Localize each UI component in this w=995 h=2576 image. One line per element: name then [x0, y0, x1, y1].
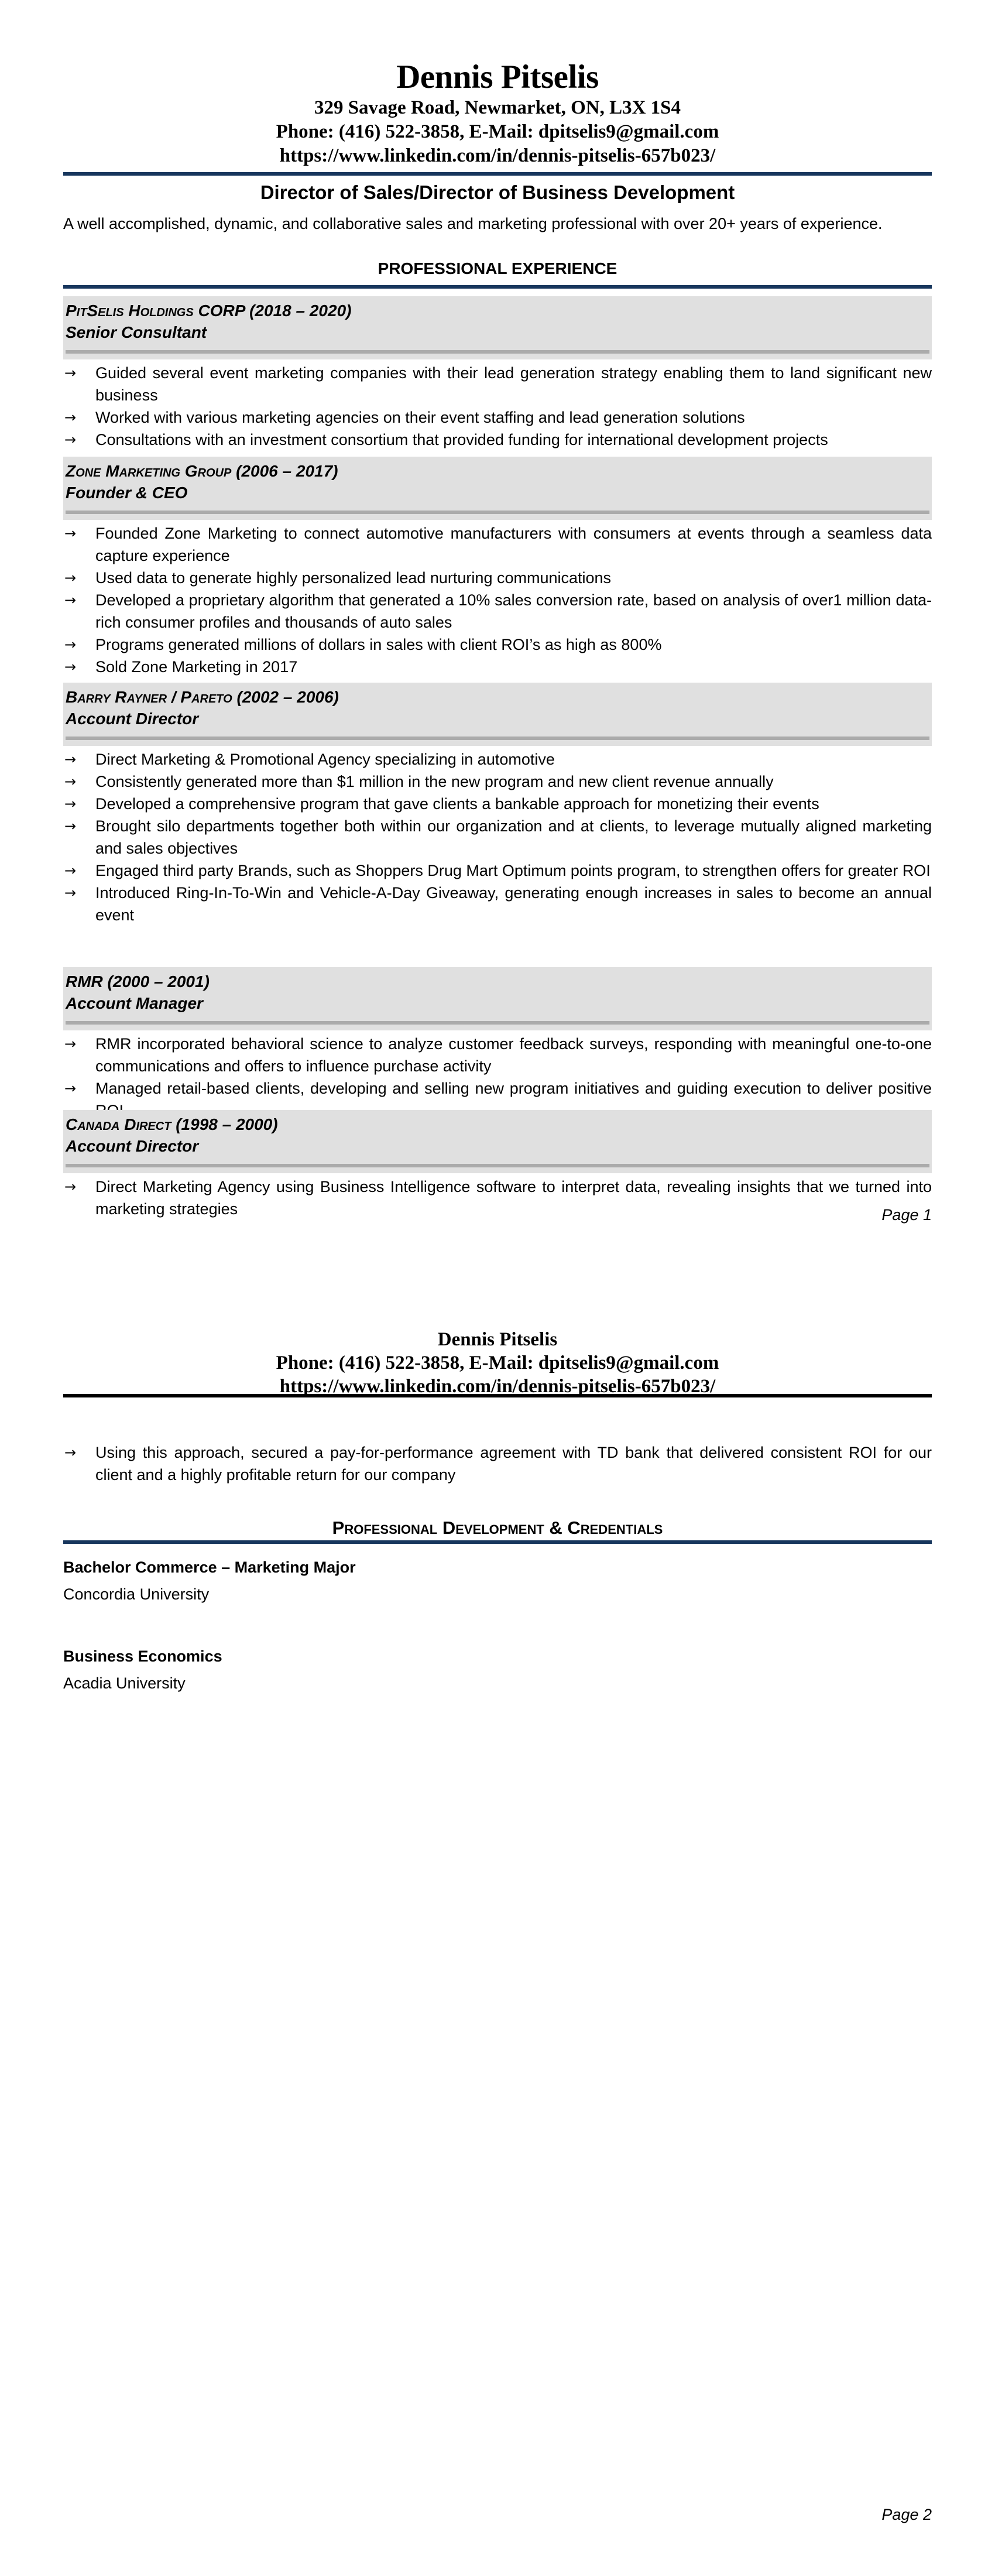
list-item: →Guided several event marketing companie…: [63, 362, 932, 406]
list-item: →Direct Marketing & Promotional Agency s…: [63, 748, 932, 770]
candidate-name: Dennis Pitselis: [0, 1328, 995, 1351]
headline: Director of Sales/Director of Business D…: [0, 181, 995, 204]
arrow-right-icon: →: [64, 589, 76, 611]
list-item: →Developed a comprehensive program that …: [63, 793, 932, 815]
job-header: RMR (2000 – 2001) Account Manager: [63, 967, 932, 1030]
arrow-right-icon: →: [64, 770, 76, 793]
list-item: →Worked with various marketing agencies …: [63, 406, 932, 429]
job-company: Zone Marketing Group: [66, 462, 231, 480]
job-header: Zone Marketing Group (2006 – 2017) Found…: [63, 457, 932, 520]
list-item: →Consultations with an investment consor…: [63, 429, 932, 451]
summary: A well accomplished, dynamic, and collab…: [63, 214, 935, 234]
job-role: Senior Consultant: [66, 321, 929, 343]
job-role: Account Manager: [66, 992, 929, 1014]
candidate-name: Dennis Pitselis: [0, 59, 995, 96]
list-item: →Programs generated millions of dollars …: [63, 633, 932, 656]
job-years: (2018 – 2020): [249, 302, 351, 320]
credential-entry: Bachelor Commerce – Marketing Major Conc…: [63, 1557, 932, 1604]
arrow-right-icon: →: [64, 429, 76, 451]
job-role: Founder & CEO: [66, 482, 929, 503]
job-entry: Barry Rayner / Pareto (2002 – 2006) Acco…: [63, 683, 932, 926]
arrow-right-icon: →: [64, 1077, 76, 1099]
job-years: (2002 – 2006): [237, 688, 339, 706]
job-bullets: →Direct Marketing Agency using Business …: [63, 1176, 932, 1220]
resume-page-1: Dennis Pitselis 329 Savage Road, Newmark…: [0, 0, 995, 1288]
list-item: →Using this approach, secured a pay-for-…: [63, 1441, 932, 1486]
arrow-right-icon: →: [64, 1176, 76, 1198]
job-entry: RMR (2000 – 2001) Account Manager →RMR i…: [63, 967, 932, 1122]
arrow-right-icon: →: [64, 882, 76, 904]
list-item: →Brought silo departments together both …: [63, 815, 932, 859]
job-entry: PitSelis Holdings CORP (2018 – 2020) Sen…: [63, 296, 932, 451]
credential-entry: Business Economics Acadia University: [63, 1646, 932, 1693]
job-bullets: →Guided several event marketing companie…: [63, 362, 932, 451]
job-entry: Canada Direct (1998 – 2000) Account Dire…: [63, 1110, 932, 1220]
credential-degree: Bachelor Commerce – Marketing Major: [63, 1557, 932, 1577]
job-role: Account Director: [66, 1135, 929, 1157]
job-years: (2000 – 2001): [108, 972, 210, 991]
job-company-line: RMR (2000 – 2001): [66, 971, 929, 992]
section-divider-experience: [63, 285, 932, 289]
contact-info: Phone: (416) 522-3858, E-Mail: dpitselis…: [0, 120, 995, 144]
list-item: →Used data to generate highly personaliz…: [63, 567, 932, 589]
list-item: →Engaged third party Brands, such as Sho…: [63, 859, 932, 882]
list-item: →Sold Zone Marketing in 2017: [63, 656, 932, 678]
section-title-credentials: Professional Development & Credentials: [0, 1517, 995, 1539]
list-item: →Consistently generated more than $1 mil…: [63, 770, 932, 793]
page-number: Page 1: [881, 1206, 932, 1224]
credential-school: Acadia University: [63, 1673, 932, 1693]
job-header: PitSelis Holdings CORP (2018 – 2020) Sen…: [63, 296, 932, 359]
job-company-line: Barry Rayner / Pareto (2002 – 2006): [66, 686, 929, 708]
section-title-experience: PROFESSIONAL EXPERIENCE: [0, 259, 995, 278]
arrow-right-icon: →: [64, 633, 76, 656]
arrow-right-icon: →: [64, 362, 76, 384]
job-company: RMR: [66, 972, 103, 991]
arrow-right-icon: →: [64, 793, 76, 815]
credential-school: Concordia University: [63, 1584, 932, 1604]
header-divider: [63, 1394, 932, 1397]
arrow-right-icon: →: [64, 567, 76, 589]
address: 329 Savage Road, Newmarket, ON, L3X 1S4: [0, 96, 995, 120]
job-entry-continued: →Using this approach, secured a pay-for-…: [63, 1439, 932, 1486]
list-item: →Developed a proprietary algorithm that …: [63, 589, 932, 633]
job-years: (1998 – 2000): [176, 1115, 277, 1133]
job-bullets: →Founded Zone Marketing to connect autom…: [63, 522, 932, 678]
list-item: →RMR incorporated behavioral science to …: [63, 1033, 932, 1077]
credential-degree: Business Economics: [63, 1646, 932, 1666]
arrow-right-icon: →: [64, 748, 76, 770]
job-company: Canada Direct: [66, 1115, 171, 1133]
job-header: Canada Direct (1998 – 2000) Account Dire…: [63, 1110, 932, 1173]
page-number: Page 2: [881, 2506, 932, 2524]
list-item: →Direct Marketing Agency using Business …: [63, 1176, 932, 1220]
section-divider-credentials: [63, 1540, 932, 1544]
job-company-line: Canada Direct (1998 – 2000): [66, 1114, 929, 1135]
header-divider: [63, 172, 932, 176]
job-bullets: →Direct Marketing & Promotional Agency s…: [63, 748, 932, 926]
job-company-line: Zone Marketing Group (2006 – 2017): [66, 460, 929, 482]
job-company-line: PitSelis Holdings CORP (2018 – 2020): [66, 300, 929, 321]
arrow-right-icon: →: [64, 815, 76, 837]
list-item: →Introduced Ring-In-To-Win and Vehicle-A…: [63, 882, 932, 926]
job-header: Barry Rayner / Pareto (2002 – 2006) Acco…: [63, 683, 932, 746]
job-company: PitSelis Holdings CORP: [66, 302, 245, 320]
arrow-right-icon: →: [64, 522, 76, 544]
resume-header-page-2: Dennis Pitselis Phone: (416) 522-3858, E…: [0, 1328, 995, 1398]
job-role: Account Director: [66, 708, 929, 729]
arrow-right-icon: →: [64, 1033, 76, 1055]
arrow-right-icon: →: [64, 859, 76, 882]
arrow-right-icon: →: [64, 406, 76, 429]
list-item: →Founded Zone Marketing to connect autom…: [63, 522, 932, 567]
arrow-right-icon: →: [64, 656, 76, 678]
linkedin-url: https://www.linkedin.com/in/dennis-pitse…: [0, 144, 995, 168]
job-bullets: →Using this approach, secured a pay-for-…: [63, 1441, 932, 1486]
arrow-right-icon: →: [64, 1441, 76, 1464]
job-years: (2006 – 2017): [236, 462, 338, 480]
contact-info: Phone: (416) 522-3858, E-Mail: dpitselis…: [0, 1351, 995, 1375]
resume-header: Dennis Pitselis 329 Savage Road, Newmark…: [0, 59, 995, 168]
job-entry: Zone Marketing Group (2006 – 2017) Found…: [63, 457, 932, 678]
job-company: Barry Rayner / Pareto: [66, 688, 232, 706]
job-bullets: →RMR incorporated behavioral science to …: [63, 1033, 932, 1122]
